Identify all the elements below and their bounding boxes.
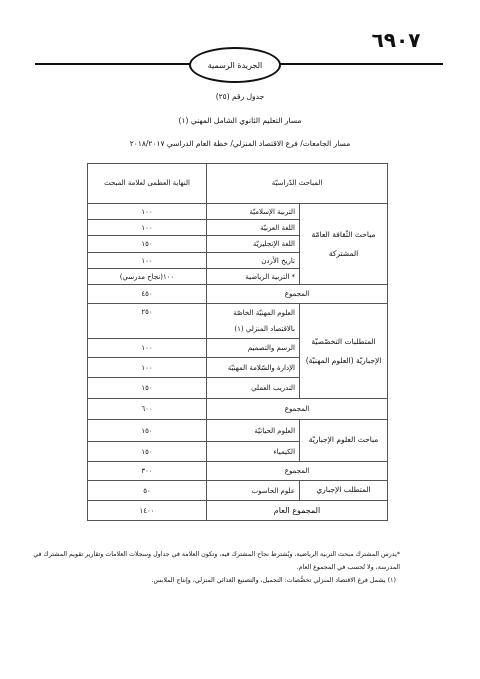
subject-cell: الكيمياء [207, 442, 300, 462]
grand-total-value: ١٤٠٠ [88, 501, 207, 521]
grand-total-row: المجموع العام ١٤٠٠ [88, 501, 388, 521]
study-plan-table: المباحث الدّراسيّة النهاية العظمى لعلامة… [87, 163, 388, 521]
track-caption: مسار التعليم الثانوي الشامل المهني (١) [0, 116, 480, 125]
subject-cell: التربية الإسلاميّة [207, 204, 300, 220]
value-cell: ٢٥٠ [88, 304, 207, 339]
value-cell: ١٠٠ [88, 339, 207, 358]
plan-caption: مسار الجامعات/ فرع الاقتصاد المنزلي/ خطة… [0, 139, 480, 148]
value-cell: ١٠٠ [88, 204, 207, 220]
value-cell: ١٥٠ [88, 442, 207, 462]
value-cell: ١٥٠ [88, 378, 207, 399]
subject-cell: العلوم المهنيّة الخاصّة بالاقتصاد المنزل… [207, 304, 300, 339]
total-row: المجموع ٣٠٠ [88, 462, 388, 481]
gazette-title: الجريدة الرسمية [208, 61, 263, 70]
value-cell: ٥٠ [88, 481, 207, 501]
total-row: المجموع ٦٠٠ [88, 399, 388, 420]
footnote-one: (١) يشمل فرع الاقتصاد المنزلي تخصُّصات: … [22, 574, 400, 587]
total-value: ٤٥٠ [88, 285, 207, 304]
category-cell: مباحث الثّقافة العامّة المشتركة [300, 204, 388, 285]
subject-cell: اللغة الإنجليزيّة [207, 236, 300, 253]
value-cell: ١٠٠ [88, 220, 207, 236]
subject-cell: التدريب العملي [207, 378, 300, 399]
category-cell: المتطلبات التخصّصيّة الإجباريّة (العلوم … [300, 304, 388, 399]
footnotes: *يدرس المشترك مبحث التربية الرياضية، ويُ… [22, 548, 400, 587]
footnote-star: *يدرس المشترك مبحث التربية الرياضية، ويُ… [22, 548, 400, 574]
value-cell: ١٠٠ [88, 253, 207, 269]
total-label: المجموع [207, 462, 388, 481]
header-max-mark: النهاية العظمى لعلامة المبحث [88, 164, 207, 204]
subject-cell: الإدارة والسّلامة المهنيّة [207, 358, 300, 378]
total-value: ٦٠٠ [88, 399, 207, 420]
subject-cell: * التربية الرياضية [207, 269, 300, 285]
header-rule-right [279, 63, 443, 65]
subject-cell: تاريخ الأردن [207, 253, 300, 269]
table-number-caption: جدول رقم (٢٥) [0, 92, 480, 101]
table-row: المتطلب الإجباري علوم الحاسوب ٥٠ [88, 481, 388, 501]
grand-total-label: المجموع العام [207, 501, 388, 521]
subject-cell: اللغة العربيّة [207, 220, 300, 236]
table-header-row: المباحث الدّراسيّة النهاية العظمى لعلامة… [88, 164, 388, 204]
page-number: ٦٩٠٧ [366, 28, 426, 52]
table-row: المتطلبات التخصّصيّة الإجباريّة (العلوم … [88, 304, 388, 339]
total-label: المجموع [207, 285, 388, 304]
value-cell: ١٠٠ [88, 358, 207, 378]
header-rule-left [35, 63, 190, 65]
subject-cell: الرسم والتصميم [207, 339, 300, 358]
header-subjects: المباحث الدّراسيّة [207, 164, 388, 204]
value-cell: ١٥٠ [88, 236, 207, 253]
table-row: مباحث الثّقافة العامّة المشتركة التربية … [88, 204, 388, 220]
total-label: المجموع [207, 399, 388, 420]
value-cell: ١٥٠ [88, 420, 207, 442]
subject-cell: علوم الحاسوب [207, 481, 300, 501]
total-row: المجموع ٤٥٠ [88, 285, 388, 304]
total-value: ٣٠٠ [88, 462, 207, 481]
value-cell: ١٠٠(نجاح مدرسي) [88, 269, 207, 285]
table-row: مباحث العلوم الإجباريّة العلوم الحياتيّة… [88, 420, 388, 442]
category-cell: المتطلب الإجباري [300, 481, 388, 501]
subject-cell: العلوم الحياتيّة [207, 420, 300, 442]
category-cell: مباحث العلوم الإجباريّة [300, 420, 388, 462]
gazette-title-oval: الجريدة الرسمية [189, 47, 281, 83]
